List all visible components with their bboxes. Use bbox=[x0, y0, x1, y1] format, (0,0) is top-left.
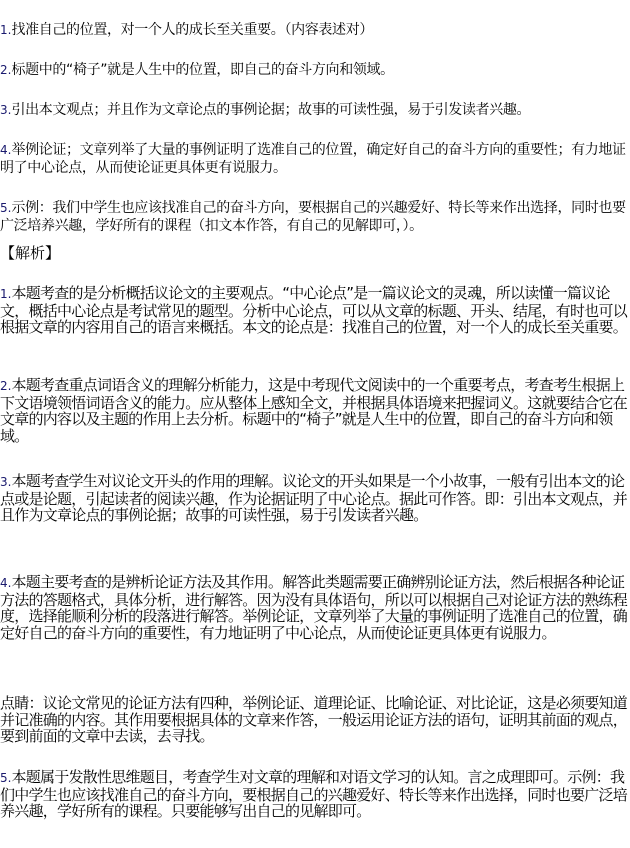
analysis-number: 4. bbox=[0, 576, 11, 590]
answer-5: 5.示例：我们中学生也应该找准自己的奋斗方向，要根据自己的兴趣爱好、特长等来作出… bbox=[0, 199, 630, 235]
analysis-text: 本题考查重点词语含义的理解分析能力，这是中考现代文阅读中的一个重要考点，考查考生… bbox=[0, 376, 627, 445]
analysis-item-4: 4.本题主要考查的是辨析论证方法及其作用。解答此类题需要正确辨别论证方法，然后根… bbox=[0, 574, 630, 641]
analysis-item-1: 1.本题考查的是分析概括议论文的主要观点。“中心论点”是一篇议论文的灵魂，所以读… bbox=[0, 285, 630, 336]
answer-text: 举例论证；文章列举了大量的事例证明了选准自己的位置，确定好自己的奋斗方向的重要性… bbox=[0, 142, 626, 176]
analysis-tip: 点睛：议论文常见的论证方法有四种，举例论证、道理论证、比喻论证、对比论证，这是必… bbox=[0, 695, 630, 745]
answer-number: 4. bbox=[0, 143, 11, 157]
analysis-number: 5. bbox=[0, 771, 11, 785]
answer-2: 2.标题中的“椅子”就是人生中的位置，即自己的奋斗方向和领域。 bbox=[0, 61, 630, 79]
answer-text: 示例：我们中学生也应该找准自己的奋斗方向，要根据自己的兴趣爱好、特长等来作出选择… bbox=[0, 200, 626, 234]
analysis-item-5: 5.本题属于发散性思维题目，考查学生对文章的理解和对语文学习的认知。言之成理即可… bbox=[0, 769, 630, 820]
answer-number: 1. bbox=[0, 23, 11, 37]
answer-1: 1.找准自己的位置，对一个人的成长至关重要。（内容表述对） bbox=[0, 21, 630, 39]
analysis-text: 本题考查的是分析概括议论文的主要观点。“中心论点”是一篇议论文的灵魂，所以读懂一… bbox=[0, 284, 627, 336]
analysis-item-2: 2.本题考查重点词语含义的理解分析能力，这是中考现代文阅读中的一个重要考点，考查… bbox=[0, 377, 630, 444]
answer-number: 3. bbox=[0, 103, 11, 117]
analysis-heading: 【解析】 bbox=[0, 244, 60, 262]
analysis-tip-text: 点睛：议论文常见的论证方法有四种，举例论证、道理论证、比喻论证、对比论证，这是必… bbox=[0, 694, 627, 745]
answer-3: 3.引出本文观点；并且作为文章论点的事例论据；故事的可读性强，易于引发读者兴趣。 bbox=[0, 101, 630, 119]
answer-text: 标题中的“椅子”就是人生中的位置，即自己的奋斗方向和领域。 bbox=[11, 62, 393, 78]
analysis-text: 本题考查学生对议论文开头的作用的理解。议论文的开头如果是一个小故事，一般有引出本… bbox=[0, 472, 627, 524]
answer-text: 找准自己的位置，对一个人的成长至关重要。（内容表述对） bbox=[11, 22, 373, 38]
answer-text: 引出本文观点；并且作为文章论点的事例论据；故事的可读性强，易于引发读者兴趣。 bbox=[11, 102, 530, 118]
analysis-number: 3. bbox=[0, 475, 11, 489]
analysis-number: 1. bbox=[0, 287, 11, 301]
answer-number: 2. bbox=[0, 63, 11, 77]
answer-4: 4.举例论证；文章列举了大量的事例证明了选准自己的位置，确定好自己的奋斗方向的重… bbox=[0, 141, 630, 177]
answer-number: 5. bbox=[0, 201, 11, 215]
analysis-text: 本题主要考查的是辨析论证方法及其作用。解答此类题需要正确辨别论证方法，然后根据各… bbox=[0, 573, 627, 642]
analysis-number: 2. bbox=[0, 379, 11, 393]
analysis-text: 本题属于发散性思维题目，考查学生对文章的理解和对语文学习的认知。言之成理即可。示… bbox=[0, 768, 627, 820]
analysis-item-3: 3.本题考查学生对议论文开头的作用的理解。议论文的开头如果是一个小故事，一般有引… bbox=[0, 473, 630, 524]
